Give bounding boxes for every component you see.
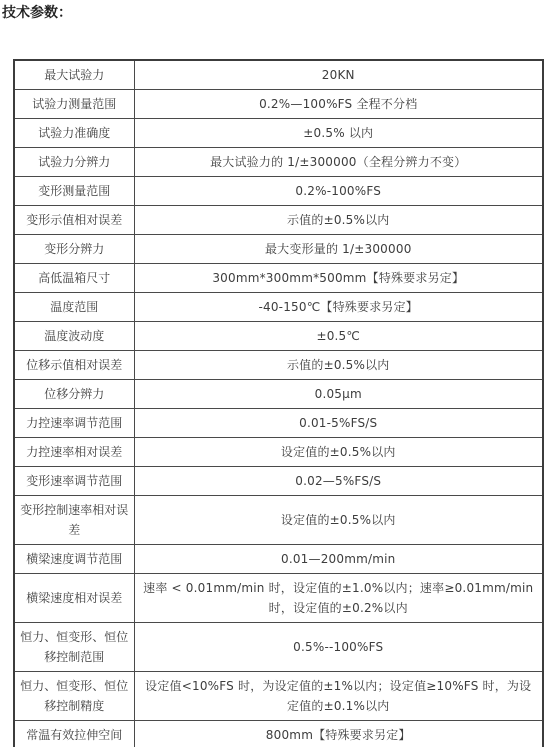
- param-name-cell: 常温有效拉伸空间: [14, 721, 134, 747]
- table-row: 变形示值相对误差 示值的±0.5%以内: [14, 206, 543, 235]
- param-value-cell: 最大试验力的 1/±300000（全程分辨力不变）: [134, 148, 543, 177]
- param-name-cell: 恒力、恒变形、恒位移控制精度: [14, 672, 134, 721]
- table-row: 恒力、恒变形、恒位移控制精度 设定值<10%FS 时，为设定值的±1%以内；设定…: [14, 672, 543, 721]
- param-name-cell: 横梁速度相对误差: [14, 574, 134, 623]
- table-row: 试验力分辨力 最大试验力的 1/±300000（全程分辨力不变）: [14, 148, 543, 177]
- param-name-cell: 力控速率调节范围: [14, 409, 134, 438]
- table-row: 最大试验力 20KN: [14, 60, 543, 90]
- table-row: 试验力准确度 ±0.5% 以内: [14, 119, 543, 148]
- param-name-cell: 最大试验力: [14, 60, 134, 90]
- param-name-cell: 变形示值相对误差: [14, 206, 134, 235]
- param-value-cell: 设定值的±0.5%以内: [134, 438, 543, 467]
- param-value-cell: 0.05μm: [134, 380, 543, 409]
- param-value-cell: ±0.5% 以内: [134, 119, 543, 148]
- param-value-cell: 0.02—5%FS/S: [134, 467, 543, 496]
- table-row: 试验力测量范围 0.2%—100%FS 全程不分档: [14, 90, 543, 119]
- param-name-cell: 力控速率相对误差: [14, 438, 134, 467]
- param-value-cell: 示值的±0.5%以内: [134, 206, 543, 235]
- param-value-cell: 20KN: [134, 60, 543, 90]
- param-name-cell: 位移示值相对误差: [14, 351, 134, 380]
- table-row: 温度波动度 ±0.5℃: [14, 322, 543, 351]
- param-name-cell: 试验力准确度: [14, 119, 134, 148]
- param-name-cell: 温度范围: [14, 293, 134, 322]
- param-name-cell: 恒力、恒变形、恒位移控制范围: [14, 623, 134, 672]
- page: 技术参数： 最大试验力 20KN 试验力测量范围 0.2%—100%FS 全程不…: [0, 0, 545, 747]
- table-row: 高低温箱尺寸 300mm*300mm*500mm【特殊要求另定】: [14, 264, 543, 293]
- param-name-cell: 变形分辨力: [14, 235, 134, 264]
- param-value-cell: 最大变形量的 1/±300000: [134, 235, 543, 264]
- table-row: 位移示值相对误差 示值的±0.5%以内: [14, 351, 543, 380]
- spec-table-body: 最大试验力 20KN 试验力测量范围 0.2%—100%FS 全程不分档 试验力…: [14, 60, 543, 747]
- table-row: 变形分辨力 最大变形量的 1/±300000: [14, 235, 543, 264]
- param-value-cell: 300mm*300mm*500mm【特殊要求另定】: [134, 264, 543, 293]
- table-row: 温度范围 -40-150℃【特殊要求另定】: [14, 293, 543, 322]
- param-name-cell: 变形测量范围: [14, 177, 134, 206]
- table-row: 力控速率相对误差 设定值的±0.5%以内: [14, 438, 543, 467]
- table-row: 横梁速度相对误差 速率 < 0.01mm/min 时，设定值的±1.0%以内；速…: [14, 574, 543, 623]
- table-row: 常温有效拉伸空间 800mm【特殊要求另定】: [14, 721, 543, 747]
- param-value-cell: 速率 < 0.01mm/min 时，设定值的±1.0%以内；速率≥0.01mm/…: [134, 574, 543, 623]
- param-value-cell: 0.01-5%FS/S: [134, 409, 543, 438]
- param-value-cell: 设定值的±0.5%以内: [134, 496, 543, 545]
- param-name-cell: 高低温箱尺寸: [14, 264, 134, 293]
- param-value-cell: 800mm【特殊要求另定】: [134, 721, 543, 747]
- param-value-cell: 0.5%--100%FS: [134, 623, 543, 672]
- table-row: 横梁速度调节范围 0.01—200mm/min: [14, 545, 543, 574]
- page-title: 技术参数：: [0, 0, 545, 22]
- table-row: 恒力、恒变形、恒位移控制范围 0.5%--100%FS: [14, 623, 543, 672]
- table-row: 变形速率调节范围 0.02—5%FS/S: [14, 467, 543, 496]
- param-value-cell: 示值的±0.5%以内: [134, 351, 543, 380]
- param-name-cell: 位移分辨力: [14, 380, 134, 409]
- param-value-cell: 0.01—200mm/min: [134, 545, 543, 574]
- table-row: 力控速率调节范围 0.01-5%FS/S: [14, 409, 543, 438]
- param-value-cell: 0.2%—100%FS 全程不分档: [134, 90, 543, 119]
- param-value-cell: ±0.5℃: [134, 322, 543, 351]
- param-value-cell: -40-150℃【特殊要求另定】: [134, 293, 543, 322]
- param-name-cell: 试验力分辨力: [14, 148, 134, 177]
- table-row: 位移分辨力 0.05μm: [14, 380, 543, 409]
- param-value-cell: 0.2%-100%FS: [134, 177, 543, 206]
- param-name-cell: 横梁速度调节范围: [14, 545, 134, 574]
- param-name-cell: 变形控制速率相对误差: [14, 496, 134, 545]
- spec-table: 最大试验力 20KN 试验力测量范围 0.2%—100%FS 全程不分档 试验力…: [13, 59, 544, 747]
- param-name-cell: 变形速率调节范围: [14, 467, 134, 496]
- param-value-cell: 设定值<10%FS 时，为设定值的±1%以内；设定值≥10%FS 时，为设定值的…: [134, 672, 543, 721]
- table-row: 变形测量范围 0.2%-100%FS: [14, 177, 543, 206]
- table-row: 变形控制速率相对误差 设定值的±0.5%以内: [14, 496, 543, 545]
- param-name-cell: 温度波动度: [14, 322, 134, 351]
- param-name-cell: 试验力测量范围: [14, 90, 134, 119]
